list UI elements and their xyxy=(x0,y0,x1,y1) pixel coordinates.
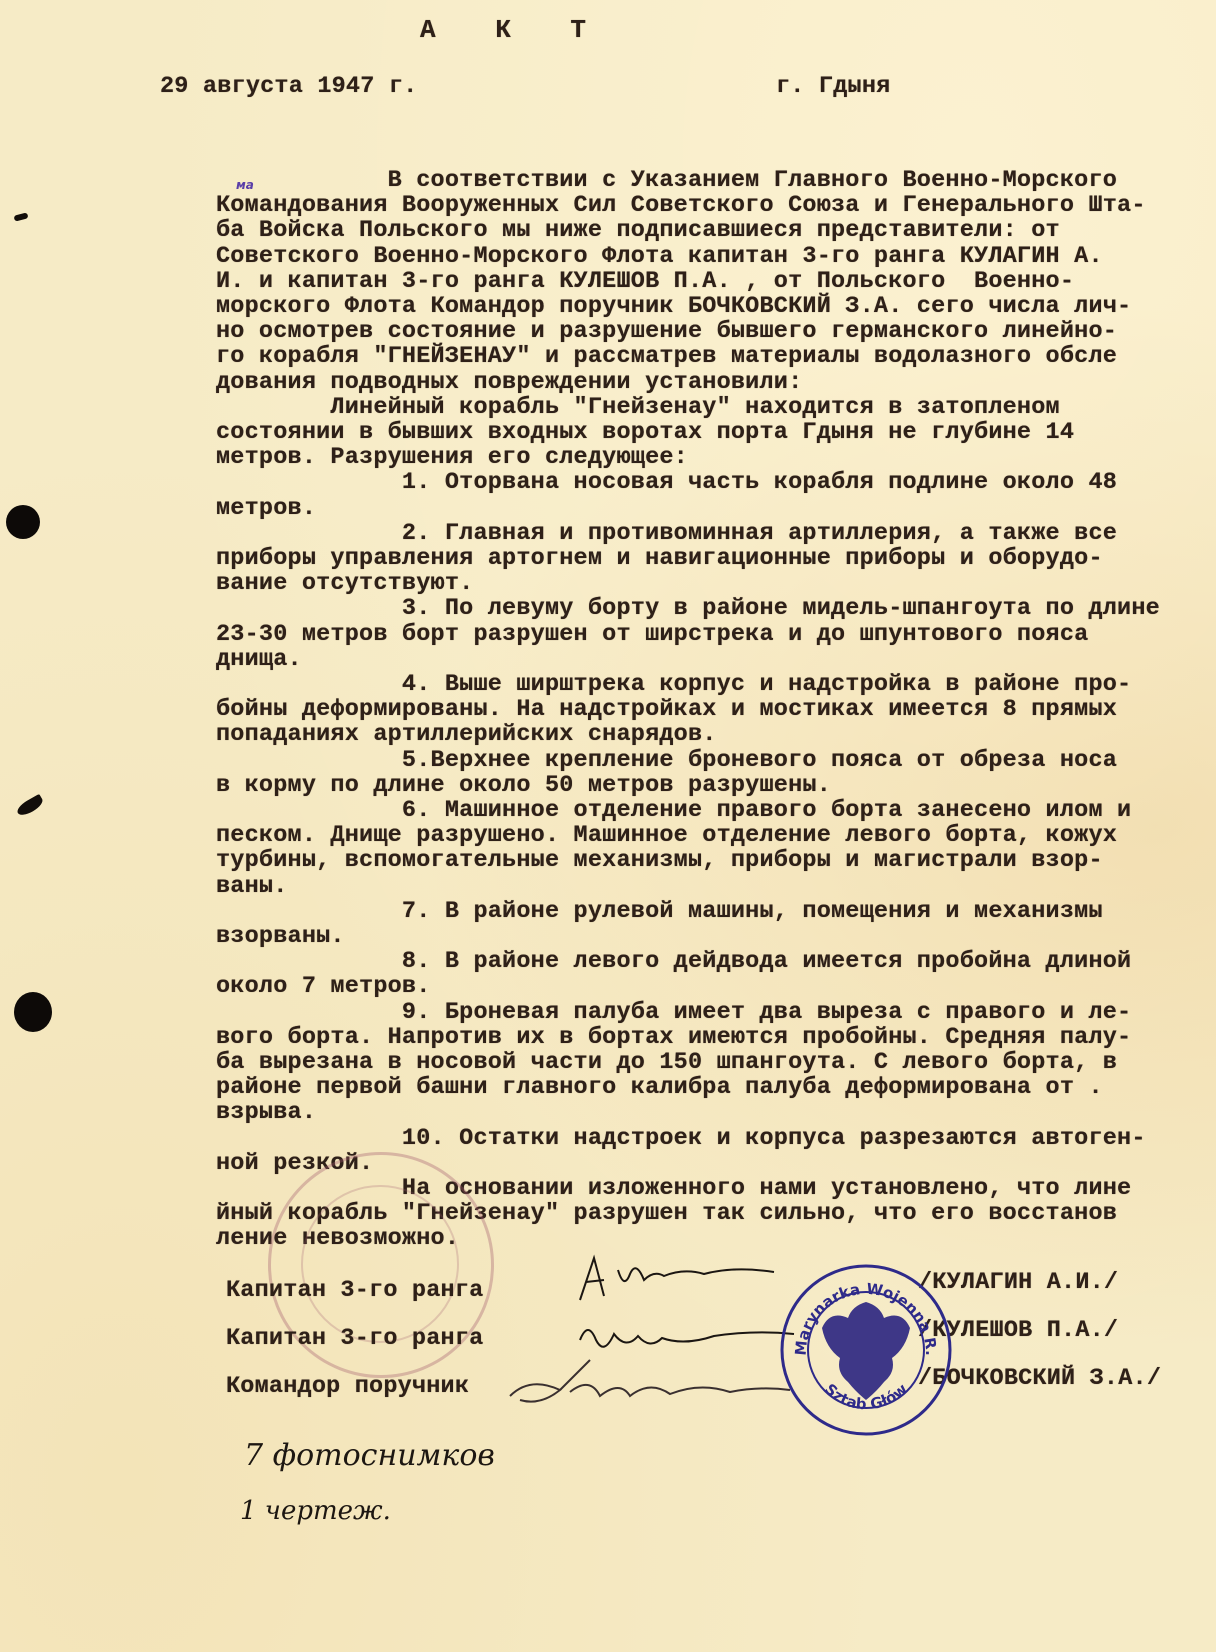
body-line: ба вырезана в носовой части до 150 шпанг… xyxy=(216,1050,1117,1075)
body-line: В соответствии с Указанием Главного Воен… xyxy=(216,168,1117,193)
body-line: дования подводных повреждении установили… xyxy=(216,370,802,395)
body-line: го корабля "ГНЕЙЗЕНАУ" и рассматрев мате… xyxy=(216,344,1117,369)
body-line: метров. xyxy=(216,496,316,521)
signatory-rank: Командор поручник xyxy=(226,1374,469,1399)
document-title: А К Т xyxy=(420,18,608,43)
body-line: 5.Верхнее крепление броневого пояса от о… xyxy=(216,748,1117,773)
body-line: около 7 метров. xyxy=(216,974,431,999)
note-drawing: 1 чертеж. xyxy=(240,1496,391,1526)
body-line: районе первой башни главного калибра пал… xyxy=(216,1075,1103,1100)
punch-hole xyxy=(14,992,52,1032)
body-line: песком. Днище разрушено. Машинное отделе… xyxy=(216,823,1117,848)
body-line: морского Флота Командор поручник БОЧКОВС… xyxy=(216,294,1131,319)
signature-bochkovsky xyxy=(500,1356,820,1441)
body-line: 2. Главная и противоминная артиллерия, а… xyxy=(216,521,1117,546)
body-line: 4. Выше ширштрека корпус и надстройка в … xyxy=(216,672,1131,697)
body-line: днища. xyxy=(216,647,302,672)
body-line: состоянии в бывших входных воротах порта… xyxy=(216,420,1074,445)
body-line: 9. Броневая палуба имеет два выреза с пр… xyxy=(216,1000,1131,1025)
body-line: Советского Военно-Морского Флота капитан… xyxy=(216,244,1103,269)
document-place: г. Гдыня xyxy=(776,74,890,99)
body-line: в корму по длине около 50 метров разруше… xyxy=(216,773,831,798)
margin-mark xyxy=(13,212,28,221)
body-line: ваны. xyxy=(216,874,288,899)
body-line: 23-30 метров борт разрушен от ширстрека … xyxy=(216,622,1088,647)
signatory-rank: Капитан 3-го ранга xyxy=(226,1326,483,1351)
body-line: 8. В районе левого дейдвода имеется проб… xyxy=(216,949,1131,974)
body-line: попаданиях артиллерийских снарядов. xyxy=(216,722,717,747)
body-line: метров. Разрушения его следующее: xyxy=(216,445,688,470)
body-line: вого борта. Напротив их в бортах имеются… xyxy=(216,1025,1131,1050)
body-line: взорваны. xyxy=(216,924,345,949)
body-line: 10. Остатки надстроек и корпуса разрезаю… xyxy=(216,1126,1146,1151)
signatory-rank: Капитан 3-го ранга xyxy=(226,1278,483,1303)
body-line: взрыва. xyxy=(216,1100,316,1125)
body-line: Командования Вооруженных Сил Советского … xyxy=(216,193,1146,218)
body-line: вание отсутствуют. xyxy=(216,571,473,596)
signatory-name: /БОЧКОВСКИЙ З.А./ xyxy=(918,1366,1161,1391)
margin-mark xyxy=(15,794,45,818)
body-line: 1. Оторвана носовая часть корабля подлин… xyxy=(216,470,1117,495)
body-line: бойны деформированы. На надстройках и мо… xyxy=(216,697,1117,722)
body-line: приборы управления артогнем и навигацион… xyxy=(216,546,1103,571)
punch-hole xyxy=(6,505,40,539)
body-line: Линейный корабль "Гнейзенау" находится в… xyxy=(216,395,1060,420)
body-line: 6. Машинное отделение правого борта зане… xyxy=(216,798,1131,823)
body-line: 7. В районе рулевой машины, помещения и … xyxy=(216,899,1103,924)
body-line: 3. По левуму борту в районе мидель-шпанг… xyxy=(216,596,1160,621)
body-line: И. и капитан 3-го ранга КУЛЕШОВ П.А. , о… xyxy=(216,269,1074,294)
document-date: 29 августа 1947 г. xyxy=(160,74,417,99)
signature-kulagin xyxy=(574,1250,794,1315)
body-line: ба Войска Польского мы ниже подписавшиес… xyxy=(216,218,1060,243)
body-line: но осмотрев состояние и разрушение бывше… xyxy=(216,319,1117,344)
blue-naval-stamp: Marynarka Wojenna R. Sztab Głów xyxy=(778,1262,954,1438)
body-line: турбины, вспомогательные механизмы, приб… xyxy=(216,848,1103,873)
note-photos: 7 фотоснимков xyxy=(244,1438,495,1473)
